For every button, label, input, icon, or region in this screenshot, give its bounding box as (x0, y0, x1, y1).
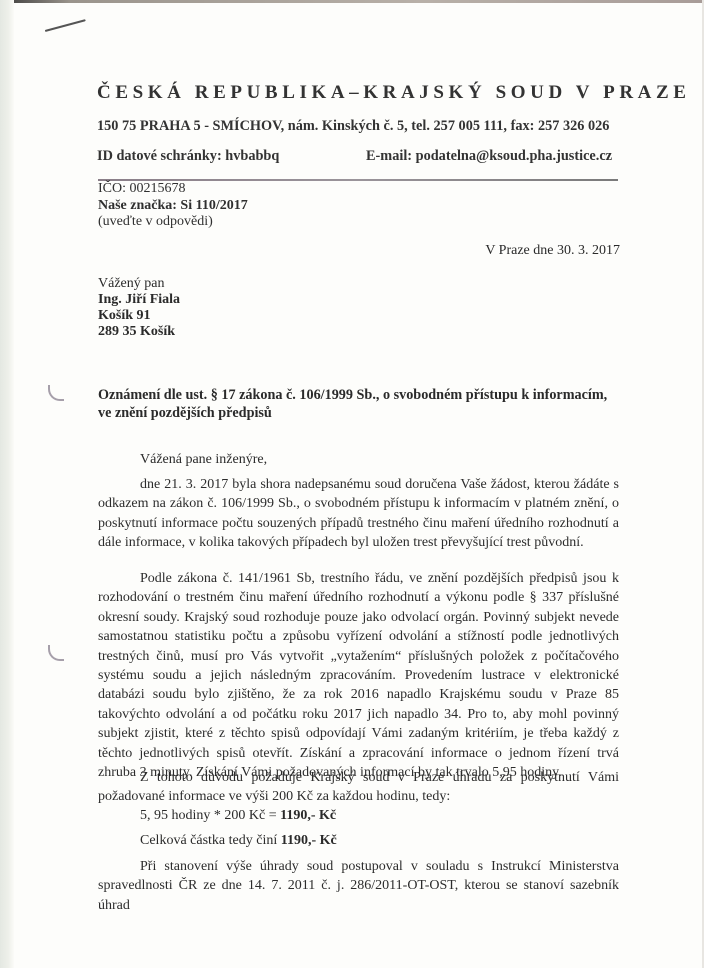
reference-number: Naše značka: Si 110/2017 (98, 198, 248, 214)
paragraph-request: dne 21. 3. 2017 byla shora nadepsanému s… (98, 475, 619, 553)
recipient-greeting: Vážený pan (98, 276, 164, 292)
court-letterhead-title: ČESKÁ REPUBLIKA–KRAJSKÝ SOUD V PRAZE (97, 82, 691, 104)
recipient-street: Košík 91 (98, 308, 151, 324)
recipient-name: Ing. Jiří Fiala (98, 292, 180, 308)
letter-subject: Oznámení dle ust. § 17 zákona č. 106/199… (98, 386, 618, 422)
punch-hole-mark (48, 645, 64, 661)
fee-calculation-formula: 5, 95 hodiny * 200 Kč = (140, 808, 280, 823)
paragraph-fee-request: Z tohoto důvodu požaduje Krajský soud v … (98, 768, 619, 807)
ico-number: IČO: 00215678 (98, 181, 186, 197)
pen-stroke-mark (45, 19, 86, 32)
fee-calculation-result: 1190,- Kč (280, 808, 336, 823)
recipient-city: 289 35 Košík (98, 324, 175, 340)
paragraph-legal-basis: Při stanovení výše úhrady soud postupova… (98, 857, 619, 915)
fee-calculation: 5, 95 hodiny * 200 Kč = 1190,- Kč (140, 808, 336, 824)
letter-date: V Praze dne 30. 3. 2017 (485, 243, 620, 259)
court-email: E-mail: podatelna@ksoud.pha.justice.cz (366, 148, 612, 165)
punch-hole-mark (48, 385, 64, 401)
fee-total-amount: 1190,- Kč (281, 833, 337, 848)
fee-total-label: Celková částka tedy činí (140, 833, 281, 848)
salutation: Vážená pane inženýre, (140, 452, 267, 468)
data-box-id: ID datové schránky: hvbabbq (97, 148, 279, 165)
scan-edge-top (0, 0, 704, 3)
court-address-line: 150 75 PRAHA 5 - SMÍCHOV, nám. Kinských … (97, 118, 609, 135)
scan-edge-left (0, 0, 14, 968)
fee-total: Celková částka tedy činí 1190,- Kč (140, 833, 337, 849)
paragraph-explanation: Podle zákona č. 141/1961 Sb, trestního ř… (98, 569, 619, 782)
reference-note: (uveďte v odpovědi) (98, 214, 213, 230)
